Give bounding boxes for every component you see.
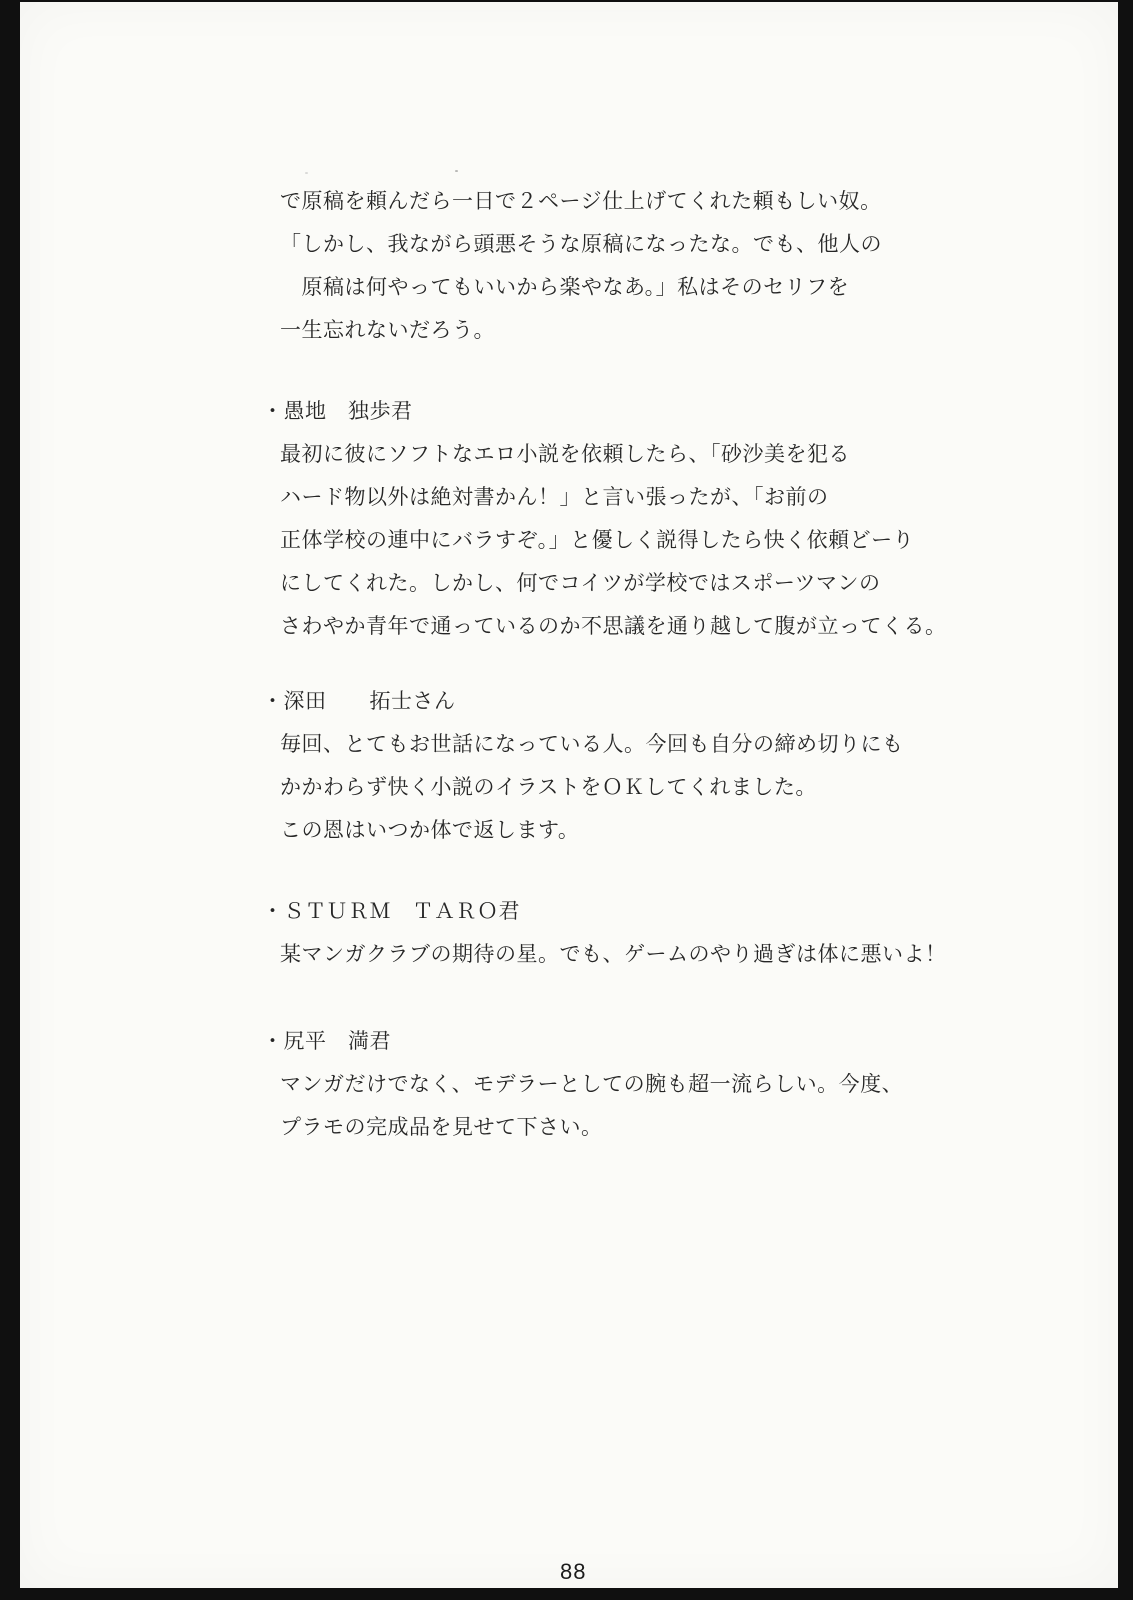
text-line: で原稿を頼んだら一日で２ページ仕上げてくれた頼もしい奴。 [280, 180, 980, 223]
intro-paragraph: で原稿を頼んだら一日で２ページ仕上げてくれた頼もしい奴。 「しかし、我ながら頭悪… [280, 180, 980, 352]
text-line: 一生忘れないだろう。 [280, 309, 980, 352]
entry-heading: ・愚地 独歩君 [262, 390, 980, 433]
text-line: にしてくれた。しかし、何でコイツが学校ではスポーツマンの [280, 562, 980, 605]
text-line: かかわらず快く小説のイラストをＯＫしてくれました。 [280, 766, 980, 809]
text-column: で原稿を頼んだら一日で２ページ仕上げてくれた頼もしい奴。 「しかし、我ながら頭悪… [280, 180, 980, 1149]
text-line: この恩はいつか体で返します。 [280, 809, 980, 852]
entry-heading: ・ＳＴＵＲＭ ＴＡＲＯ君 [262, 890, 980, 933]
text-line: 「しかし、我ながら頭悪そうな原稿になったな。でも、他人の [280, 223, 980, 266]
scan-speckle [455, 170, 458, 172]
entry-heading: ・尻平 満君 [262, 1020, 980, 1063]
text-line: 正体学校の連中にバラすぞ。」と優しく説得したら快く依頼どーり [280, 519, 980, 562]
scan-border: で原稿を頼んだら一日で２ページ仕上げてくれた頼もしい奴。 「しかし、我ながら頭悪… [0, 0, 1133, 1600]
text-line: プラモの完成品を見せて下さい。 [280, 1106, 980, 1149]
text-line: 毎回、とてもお世話になっている人。今回も自分の締め切りにも [280, 723, 980, 766]
entry-heading: ・深田 拓士さん [262, 680, 980, 723]
text-line: さわやか青年で通っているのか不思議を通り越して腹が立ってくる。 [280, 605, 980, 648]
scan-speckle [305, 172, 308, 174]
text-line: ハード物以外は絶対書かん！」と言い張ったが、「お前の [280, 476, 980, 519]
text-line: 最初に彼にソフトなエロ小説を依頼したら、「砂沙美を犯る [280, 433, 980, 476]
text-line: 某マンガクラブの期待の星。でも、ゲームのやり過ぎは体に悪いよ！ [280, 933, 980, 976]
credit-entry: ・愚地 独歩君 最初に彼にソフトなエロ小説を依頼したら、「砂沙美を犯る ハード物… [280, 390, 980, 648]
text-line: 原稿は何やってもいいから楽やなあ。」私はそのセリフを [280, 266, 980, 309]
credit-entry: ・深田 拓士さん 毎回、とてもお世話になっている人。今回も自分の締め切りにも か… [280, 680, 980, 852]
document-page: で原稿を頼んだら一日で２ページ仕上げてくれた頼もしい奴。 「しかし、我ながら頭悪… [20, 2, 1118, 1588]
credit-entry: ・ＳＴＵＲＭ ＴＡＲＯ君 某マンガクラブの期待の星。でも、ゲームのやり過ぎは体に… [280, 890, 980, 976]
credit-entry: ・尻平 満君 マンガだけでなく、モデラーとしての腕も超一流らしい。今度、 プラモ… [280, 1020, 980, 1149]
text-line: マンガだけでなく、モデラーとしての腕も超一流らしい。今度、 [280, 1063, 980, 1106]
page-number: 88 [560, 1559, 586, 1585]
